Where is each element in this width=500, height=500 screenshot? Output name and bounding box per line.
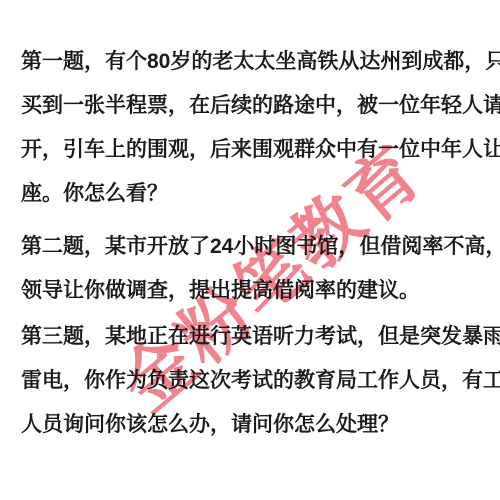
question-1: 第一题，有个80岁的老太太坐高铁从达州到成都，只 买到一张半程票，在后续的路途中… (21, 40, 487, 216)
document-page: 金粉笔教育 第一题，有个80岁的老太太坐高铁从达州到成都，只 买到一张半程票，在… (0, 0, 500, 500)
question-3-line-3: 人员询问你该怎么办，请问你怎么处理？ (21, 403, 487, 447)
question-text-block: 第一题，有个80岁的老太太坐高铁从达州到成都，只 买到一张半程票，在后续的路途中… (21, 40, 487, 447)
question-3-line-1: 第三题，某地正在进行英语听力考试，但是突发暴雨、 (21, 315, 487, 359)
question-1-line-3: 开，引车上的围观，后来围观群众中有一位中年人让 (21, 128, 487, 172)
question-1-line-4: 座。你怎么看？ (21, 172, 487, 216)
question-3-line-2: 雷电，你作为负责这次考试的教育局工作人员，有工作 (21, 359, 487, 403)
question-3: 第三题，某地正在进行英语听力考试，但是突发暴雨、 雷电，你作为负责这次考试的教育… (21, 315, 487, 447)
question-1-line-1: 第一题，有个80岁的老太太坐高铁从达州到成都，只 (21, 40, 487, 84)
question-2-line-1: 第二题，某市开放了24小时图书馆，但借阅率不高， (21, 225, 487, 269)
question-2: 第二题，某市开放了24小时图书馆，但借阅率不高， 领导让你做调查，提出提高借阅率… (21, 225, 487, 313)
question-1-line-2: 买到一张半程票，在后续的路途中，被一位年轻人请 (21, 84, 487, 128)
question-2-line-2: 领导让你做调查，提出提高借阅率的建议。 (21, 269, 487, 313)
